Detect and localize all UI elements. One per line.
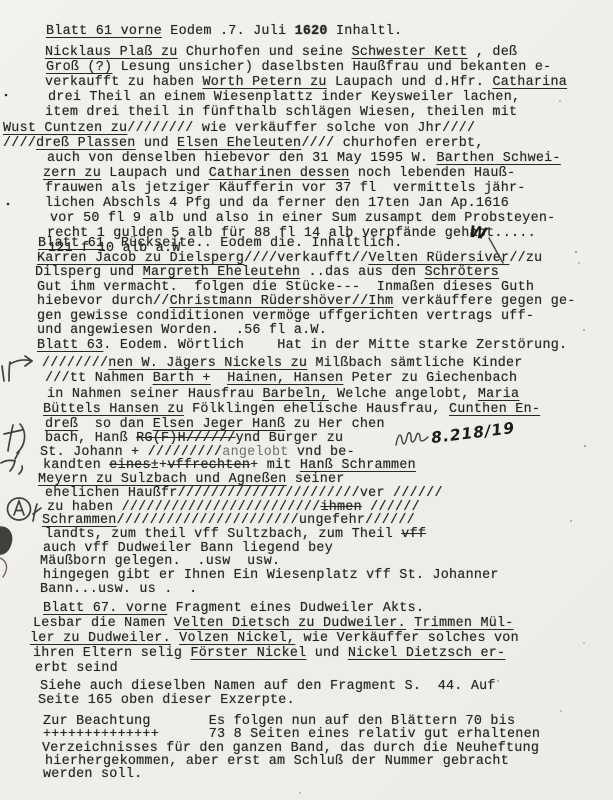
- text-segment: Volzen Nickel,: [179, 631, 295, 646]
- text-segment: Laupach und: [101, 166, 209, 181]
- typewritten-line: Nicklaus Plaß zu Churhofen und seine Sch…: [45, 46, 517, 60]
- text-segment: Nicklaus Plaß zu: [45, 45, 178, 60]
- typewritten-line: ler zu Dudweiler. Volzen Nickel, wie Ver…: [30, 632, 519, 646]
- text-segment: Gut ihm vermacht. folgen die Stücke--- I…: [37, 280, 534, 295]
- text-segment: Seite 165 oben dieser Exzerpte.: [38, 693, 295, 708]
- handwritten-w-mark: W: [468, 222, 488, 244]
- text-segment: [406, 616, 414, 631]
- text-segment: Fragment eines Dudweiler Akts.: [167, 601, 424, 616]
- typewritten-line: Groß (?) Lesung unsicher) daselbsten Hau…: [46, 61, 551, 75]
- text-segment: //// churhofen ererbt,: [301, 136, 483, 151]
- text-segment: auch von denselben hiebevor den 31 May 1…: [47, 151, 436, 166]
- text-segment: Christmann Rüdershöver//Ihm: [170, 294, 394, 309]
- text-segment: wie Verkäuffer solches von: [295, 631, 519, 646]
- typewritten-line: hiebevor durch//Christmann Rüdershöver//…: [37, 295, 576, 309]
- typewritten-line: ////////nen W. Jägers Nickels zu Milßbac…: [42, 357, 523, 371]
- text-segment: [211, 371, 228, 386]
- text-segment: [171, 631, 179, 646]
- typewritten-line: und angewiesen Worden. .56 fl a.W.: [37, 324, 327, 338]
- typewritten-line: Gut ihm vermacht. folgen die Stücke--- I…: [37, 281, 534, 295]
- text-segment: ////verkaufft//: [244, 251, 368, 266]
- text-segment: Trimmen Mül-: [414, 616, 513, 631]
- text-segment: Laupach und d.Hfr.: [327, 75, 493, 90]
- typewritten-line: drei Theil an einem Wiesenplattz inder K…: [48, 91, 520, 105]
- typewritten-line: Blatt 63. Eodem. Wörtlich Hat in der Mit…: [37, 339, 567, 353]
- text-segment: Catharina: [492, 75, 567, 90]
- text-segment: Lesbar die Namen: [33, 616, 174, 631]
- typewritten-line: ihren Eltern selig Förster Nickel und Ni…: [33, 647, 505, 661]
- text-segment: lichen Abschls 4 Pfg und da ferner den 1…: [45, 196, 509, 211]
- text-segment: Elsen Jeger Hanß: [153, 417, 286, 432]
- text-segment: Barth +: [153, 371, 211, 386]
- typewritten-line: Seite 165 oben dieser Exzerpte.: [38, 694, 295, 708]
- text-segment: Dilsperg und: [35, 265, 143, 280]
- text-segment: . Eodem. Wörtlich Hat in der Mitte stark…: [103, 338, 567, 353]
- ink-blob: [0, 526, 12, 555]
- text-segment: Fölklingen ehelische Hausfrau,: [184, 402, 449, 417]
- text-segment: Barbeln,: [262, 387, 328, 402]
- text-segment: Blatt 63: [37, 338, 103, 353]
- typewritten-line: Blatt 61 Rückseite.. Eodem die. Inhaltli…: [38, 237, 403, 251]
- text-segment: werden soll.: [43, 767, 142, 782]
- text-segment: Blatt 67. vorne: [43, 601, 167, 616]
- typewritten-line: Blatt 61 vorne Eodem .7. Juli 1620 Inhal…: [46, 25, 402, 39]
- text-segment: zern zu: [43, 166, 101, 181]
- typewritten-line: gen gewisse condiditionen vermöge uffger…: [37, 310, 534, 324]
- typewritten-line: lichen Abschls 4 Pfg und da ferner den 1…: [45, 197, 509, 211]
- typewritten-line: Dilsperg und Margreth Eheleutehn ..das a…: [35, 266, 499, 280]
- text-segment: Cunthen En-: [449, 402, 540, 417]
- text-segment: und: [136, 136, 177, 151]
- text-segment: ..das aus den: [300, 265, 424, 280]
- text-segment: und: [306, 646, 347, 661]
- text-segment: verkaufft zu haben: [45, 75, 202, 90]
- text-segment: //zu: [509, 251, 542, 266]
- text-segment: Churhofen und seine: [178, 45, 352, 60]
- text-segment: Catharinen dessen: [209, 166, 350, 181]
- text-segment: 1620: [295, 24, 328, 39]
- text-segment: Groß (?): [46, 60, 112, 75]
- typewritten-line: Blatt 67. vorne Fragment eines Dudweiler…: [43, 602, 424, 616]
- text-segment: noch lebenden Hauß-: [350, 166, 516, 181]
- text-segment: Velten Rüdersiver: [368, 251, 509, 266]
- text-segment: vff: [401, 527, 426, 542]
- text-segment: Karren Jacob zu Dielsperg: [37, 251, 244, 266]
- text-segment: Velten Dietsch zu Dudweiler.: [174, 616, 406, 631]
- text-segment: erbt seind: [35, 661, 118, 676]
- text-segment: Elsen Eheleuten: [177, 136, 301, 151]
- text-segment: ///tt Nahmen: [45, 371, 153, 386]
- ref-scribble: [396, 433, 428, 445]
- text-segment: item drei theil in fünfthalb schlägen Wi…: [45, 105, 517, 120]
- tick-mark: [33, 504, 41, 521]
- text-segment: verkäuffere gegen ge-: [393, 294, 575, 309]
- text-segment: hiebevor durch//: [37, 294, 170, 309]
- text-segment: Peter zu Giechenbach: [343, 371, 517, 386]
- text-segment: Schröters: [424, 265, 499, 280]
- text-segment: Rückseite.. Eodem die. Inhaltlich.: [104, 236, 402, 251]
- text-segment: Welche angelobt,: [329, 387, 478, 402]
- speck-dot-upper: [5, 94, 8, 97]
- text-segment: dreß: [45, 417, 78, 432]
- text-segment: Blatt 61: [38, 236, 104, 251]
- text-segment: nen W. Jägers Nickels zu: [108, 356, 307, 371]
- circled-a-mark: [8, 498, 31, 520]
- text-segment: Büttels Hansen zu: [43, 402, 184, 417]
- text-segment: Nickel Dietzsch er-: [348, 646, 505, 661]
- text-segment: Lesung unsicher) daselbsten Haußfrau und…: [112, 60, 551, 75]
- text-segment: gen gewisse condiditionen vermöge uffger…: [37, 309, 534, 324]
- text-segment: Schwester Kett: [352, 45, 468, 60]
- text-segment: , deß: [468, 45, 518, 60]
- text-segment: ////: [3, 136, 36, 151]
- text-segment: Maria: [478, 387, 519, 402]
- text-segment: Blatt 61 vorne: [46, 24, 162, 39]
- typewritten-line: Lesbar die Namen Velten Dietsch zu Dudwe…: [33, 617, 514, 631]
- typewritten-line: ///tt Nahmen Barth + Hainen, Hansen Pete…: [45, 372, 517, 386]
- typewritten-line: Karren Jacob zu Dielsperg////verkaufft//…: [37, 252, 542, 266]
- typewritten-line: verkaufft zu haben Worth Petern zu Laupa…: [45, 76, 567, 90]
- typewritten-line: zern zu Laupach und Catharinen dessen no…: [43, 167, 515, 181]
- text-segment: Förster Nickel: [190, 646, 306, 661]
- typewritten-line: ////dreß Plassen und Elsen Eheleuten////…: [3, 137, 484, 151]
- text-segment: Inhaltl.: [328, 24, 403, 39]
- typewritten-line: Büttels Hansen zu Fölklingen ehelische H…: [43, 403, 540, 417]
- text-segment: dreß Plassen: [36, 136, 135, 151]
- text-segment: so dan: [78, 417, 153, 432]
- typewritten-line: Bann...usw. us . .: [40, 583, 197, 597]
- text-segment: zu Her chen: [285, 417, 384, 432]
- text-segment: Hainen, Hansen: [227, 371, 343, 386]
- handwritten-ref-number: 8.218/19: [430, 419, 516, 447]
- text-segment: und angewiesen Worden. .56 fl a.W.: [37, 323, 327, 338]
- typewritten-line: Wust Cuntzen zu//////// wie verkäuffer s…: [3, 122, 475, 136]
- typewritten-line: erbt seind: [35, 662, 118, 676]
- typewritten-line: auch von denselben hiebevor den 31 May 1…: [47, 152, 561, 166]
- typewritten-line: item drei theil in fünfthalb schlägen Wi…: [45, 106, 517, 120]
- plus-bracket-mark: [4, 424, 25, 459]
- typewritten-line: in Nahmen seiner Hausfrau Barbeln, Welch…: [47, 388, 519, 402]
- text-segment: Worth Petern zu: [202, 75, 326, 90]
- text-segment: ihren Eltern selig: [33, 646, 190, 661]
- text-segment: Barthen Schwei-: [436, 151, 560, 166]
- typewritten-line: werden soll.: [43, 768, 142, 782]
- text-segment: drei Theil an einem Wiesenplattz inder K…: [48, 90, 520, 105]
- text-segment: Milßbach sämtliche Kinder: [307, 356, 522, 371]
- text-segment: Siehe auch dieselben Namen auf den Fragm…: [40, 679, 496, 694]
- text-segment: //////// wie verkäuffer solche von Jhr//…: [127, 121, 475, 136]
- scanned-document-page: Blatt 61 vorne Eodem .7. Juli 1620 Inhal…: [0, 0, 613, 800]
- text-segment: Bann...usw. us . .: [40, 582, 197, 597]
- text-segment: Margreth Eheleutehn: [143, 265, 300, 280]
- text-segment: ler zu Dudweiler.: [30, 631, 171, 646]
- arc-mark: [0, 558, 7, 577]
- text-segment: in Nahmen seiner Hausfrau: [47, 387, 262, 402]
- text-segment: frauwen als jetziger Käufferin vor 37 fl…: [45, 181, 526, 196]
- text-segment: Wust Cuntzen zu: [3, 121, 127, 136]
- text-segment: Eodem .7. Juli: [162, 24, 295, 39]
- arrow-mark: [2, 356, 32, 381]
- speck-dot-lower: [7, 203, 10, 206]
- squiggle-comma-mark: [1, 460, 22, 474]
- text-segment: ////////: [42, 356, 108, 371]
- typewritten-line: frauwen als jetziger Käufferin vor 37 fl…: [45, 182, 526, 196]
